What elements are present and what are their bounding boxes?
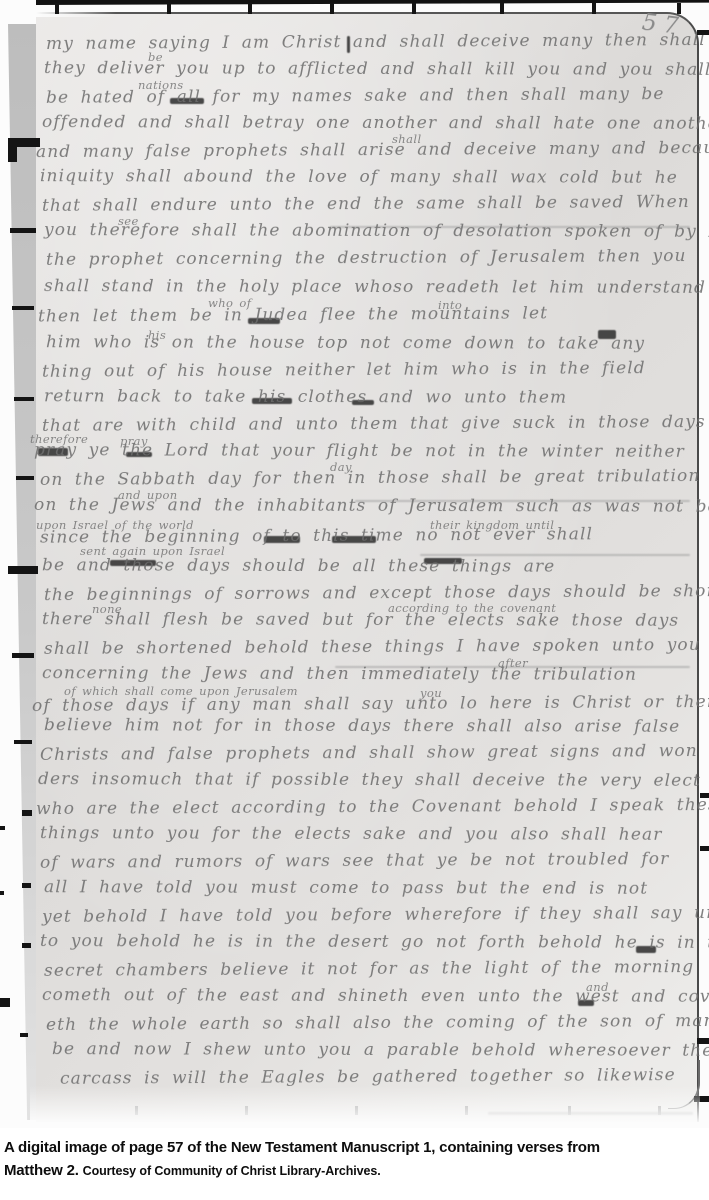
ruler-marks-layer [0, 0, 709, 1128]
top-ruler-tick [167, 3, 171, 14]
left-ruler-mark [14, 740, 32, 744]
screenshot: my name saying I am Christ and shall dec… [0, 0, 709, 1200]
left-ruler-mark [14, 397, 34, 401]
top-ruler-tick [248, 3, 252, 14]
left-ruler-mark [8, 138, 17, 162]
left-ruler-mark [8, 566, 38, 574]
left-ruler-mark [10, 228, 36, 233]
left-ruler-mark [22, 943, 31, 948]
top-ruler-tick [330, 3, 334, 14]
caption-line-1: A digital image of page 57 of the New Te… [4, 1136, 704, 1159]
top-ruler-tick [677, 3, 681, 14]
right-ruler-mark [700, 793, 709, 798]
right-ruler-mark [700, 846, 709, 851]
top-ruler-tick [592, 3, 596, 14]
top-ruler-tick [500, 3, 504, 14]
left-ruler-mark [0, 998, 10, 1007]
left-ruler-mark [20, 1033, 28, 1037]
caption-line-2: Matthew 2. Courtesy of Community of Chri… [4, 1159, 704, 1183]
page-bottom-fade [30, 1086, 700, 1128]
left-ruler-mark [12, 653, 34, 658]
left-ruler-mark [22, 883, 31, 888]
caption-credit: Courtesy of Community of Christ Library-… [83, 1164, 381, 1178]
left-ruler-mark [0, 891, 4, 895]
left-ruler-mark [22, 810, 32, 816]
top-ruler-tick [55, 3, 59, 14]
left-ruler-mark [12, 306, 34, 310]
right-ruler-mark [697, 30, 709, 35]
right-ruler-mark [697, 1038, 709, 1044]
caption: A digital image of page 57 of the New Te… [4, 1136, 704, 1183]
top-ruler-tick [412, 3, 416, 14]
left-ruler-mark [0, 826, 5, 830]
caption-line-2-main: Matthew 2. [4, 1162, 79, 1179]
manuscript-photo: my name saying I am Christ and shall dec… [0, 0, 709, 1128]
left-ruler-mark [16, 476, 34, 480]
